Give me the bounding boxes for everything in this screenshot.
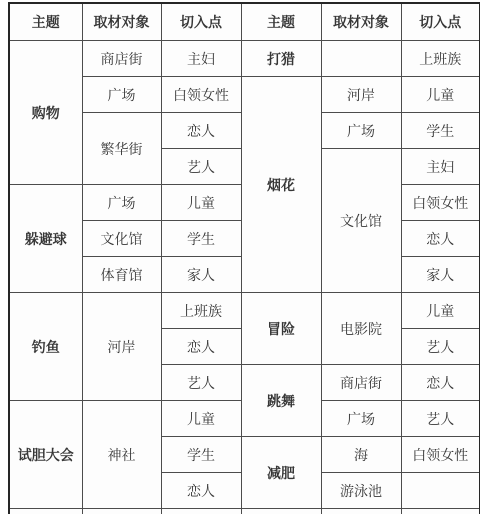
table-cell: 商店街 bbox=[82, 41, 161, 77]
table-cell: 商店街 bbox=[321, 365, 401, 401]
table-cell: 恋人 bbox=[401, 365, 480, 401]
header-row: 主题取材对象切入点主题取材对象切入点 bbox=[9, 3, 480, 41]
table-cell: 学生 bbox=[401, 113, 480, 149]
table-cell: 学生 bbox=[161, 437, 241, 473]
table-cell bbox=[9, 509, 82, 514]
table-cell bbox=[321, 41, 401, 77]
table-cell: 广场 bbox=[82, 77, 161, 113]
table-cell: 儿童 bbox=[401, 293, 480, 329]
table-cell: 家人 bbox=[161, 257, 241, 293]
column-header: 主题 bbox=[9, 3, 82, 41]
table-cell: 文化馆 bbox=[321, 149, 401, 293]
theme-cell: 减肥 bbox=[241, 437, 321, 509]
column-header: 取材对象 bbox=[82, 3, 161, 41]
table-cell bbox=[401, 473, 480, 509]
table-cell: 艺人 bbox=[401, 329, 480, 365]
table-cell: 河岸 bbox=[82, 293, 161, 401]
table-cell bbox=[82, 509, 161, 514]
table-cell: 文化馆 bbox=[82, 221, 161, 257]
table-cell: 儿童 bbox=[401, 77, 480, 113]
table-cell: 繁华街 bbox=[82, 113, 161, 185]
theme-cell: 躲避球 bbox=[9, 185, 82, 293]
table-cell: 恋人 bbox=[161, 329, 241, 365]
table-row bbox=[9, 509, 480, 514]
table-cell: 学生 bbox=[161, 221, 241, 257]
photo-theme-table: 主题取材对象切入点主题取材对象切入点 购物商店街主妇打猎上班族广场白领女性烟花河… bbox=[8, 2, 480, 514]
table-cell: 广场 bbox=[82, 185, 161, 221]
theme-cell: 试胆大会 bbox=[9, 401, 82, 509]
table-cell: 白领女性 bbox=[401, 185, 480, 221]
table-cell bbox=[401, 509, 480, 514]
column-header: 取材对象 bbox=[321, 3, 401, 41]
table-cell: 艺人 bbox=[161, 365, 241, 401]
table-cell: 电影院 bbox=[321, 293, 401, 365]
table-cell: 河岸 bbox=[321, 77, 401, 113]
table-row: 钓鱼河岸上班族冒险电影院儿童 bbox=[9, 293, 480, 329]
table-cell: 神社 bbox=[82, 401, 161, 509]
theme-cell: 打猎 bbox=[241, 41, 321, 77]
table-cell: 恋人 bbox=[161, 113, 241, 149]
column-header: 主题 bbox=[241, 3, 321, 41]
table-cell: 海 bbox=[321, 437, 401, 473]
table-cell bbox=[321, 509, 401, 514]
table-cell: 主妇 bbox=[161, 41, 241, 77]
table-cell: 白领女性 bbox=[161, 77, 241, 113]
table-cell: 广场 bbox=[321, 113, 401, 149]
table-cell: 恋人 bbox=[401, 221, 480, 257]
table-row: 购物商店街主妇打猎上班族 bbox=[9, 41, 480, 77]
table-cell bbox=[161, 509, 241, 514]
table-cell: 广场 bbox=[321, 401, 401, 437]
table-cell: 家人 bbox=[401, 257, 480, 293]
theme-cell: 烟花 bbox=[241, 77, 321, 293]
table-cell: 游泳池 bbox=[321, 473, 401, 509]
table-cell: 艺人 bbox=[401, 401, 480, 437]
column-header: 切入点 bbox=[161, 3, 241, 41]
table-cell: 儿童 bbox=[161, 401, 241, 437]
column-header: 切入点 bbox=[401, 3, 480, 41]
table-cell: 主妇 bbox=[401, 149, 480, 185]
table-cell: 上班族 bbox=[401, 41, 480, 77]
theme-cell: 购物 bbox=[9, 41, 82, 185]
theme-cell: 跳舞 bbox=[241, 365, 321, 437]
table-header: 主题取材对象切入点主题取材对象切入点 bbox=[9, 3, 480, 41]
table-cell: 恋人 bbox=[161, 473, 241, 509]
theme-cell: 冒险 bbox=[241, 293, 321, 365]
theme-cell: 钓鱼 bbox=[9, 293, 82, 401]
table-cell bbox=[241, 509, 321, 514]
table-cell: 儿童 bbox=[161, 185, 241, 221]
table-cell: 上班族 bbox=[161, 293, 241, 329]
table-cell: 体育馆 bbox=[82, 257, 161, 293]
table-cell: 艺人 bbox=[161, 149, 241, 185]
table-cell: 白领女性 bbox=[401, 437, 480, 473]
table-body: 购物商店街主妇打猎上班族广场白领女性烟花河岸儿童繁华街恋人广场学生艺人文化馆主妇… bbox=[9, 41, 480, 514]
